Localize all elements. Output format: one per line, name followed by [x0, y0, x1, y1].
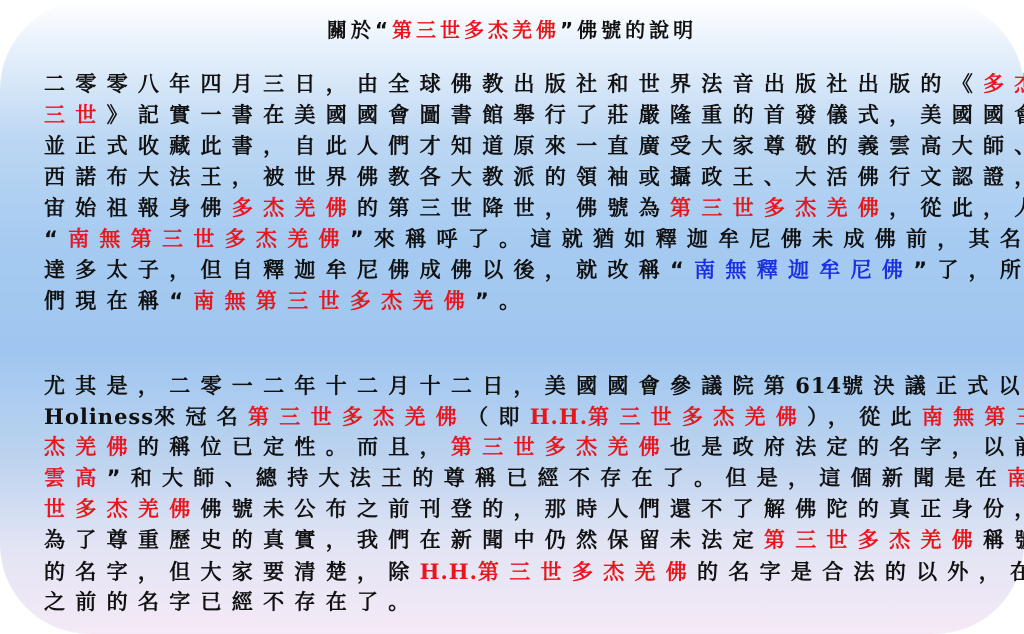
highlighted-name: 世多杰羌佛: [44, 497, 201, 521]
highlighted-name: 第三世多杰羌佛: [764, 528, 983, 552]
highlighted-name: H.H.: [420, 559, 478, 584]
text-segment: ”和大師、總持大法王的尊稱已經不存在了。但是，這個新聞是在: [107, 466, 1008, 490]
text-segment: 西諾布大法王，被世界佛教各大教派的領袖或攝政王、大活佛行文認證，就是宇: [44, 165, 1024, 189]
text-line: 世多杰羌佛佛號未公布之前刊登的，那時人們還不了解佛陀的真正身份，所以，: [44, 494, 984, 525]
text-segment: Holiness: [44, 404, 154, 429]
highlighted-name: 南無第三世多杰羌佛: [193, 289, 475, 313]
text-segment: 614: [795, 373, 842, 398]
highlighted-name: 三世: [44, 103, 107, 127]
text-segment: 號決議正式以: [842, 374, 1024, 398]
highlighted-name: 第三世多杰羌佛: [248, 405, 467, 429]
text-segment: 達多太子，但自釋迦牟尼佛成佛以後，就改稱“: [44, 258, 694, 282]
text-line: 二零零八年四月三日，由全球佛教出版社和世界法音出版社出版的《多杰羌佛第: [44, 69, 984, 100]
text-line: 的名字，但大家要清楚，除H.H.第三世多杰羌佛的名字是合法的以外，在未法定: [44, 556, 984, 587]
text-segment: 宙始祖報身佛: [44, 196, 232, 220]
text-segment: 之前的名字已經不存在了。: [44, 590, 420, 614]
highlighted-name: 雲高: [44, 466, 107, 490]
text-line: 為了尊重歷史的真實，我們在新聞中仍然保留未法定第三世多杰羌佛稱號前所用: [44, 525, 984, 556]
highlighted-name: 南無第三世多: [922, 405, 1024, 429]
text-line: 雲高”和大師、總持大法王的尊稱已經不存在了。但是，這個新聞是在南無第三: [44, 463, 984, 494]
title-suffix: ”佛號的說明: [560, 18, 697, 42]
title-highlight: 第三世多杰羌佛: [392, 18, 560, 42]
highlighted-name: H.H.: [530, 404, 588, 429]
text-line: 之前的名字已經不存在了。: [44, 587, 984, 618]
highlighted-name: 多杰羌佛: [232, 196, 357, 220]
highlighted-name: 第三世多杰羌佛: [588, 405, 807, 429]
text-line: 達多太子，但自釋迦牟尼佛成佛以後，就改稱“南無釋迦牟尼佛”了，所以，我: [44, 255, 984, 286]
text-segment: 》記實一書在美國國會圖書館舉行了莊嚴隆重的首發儀式，美國國會圖書館: [107, 103, 1024, 127]
text-segment: ”來稱呼了。這就猶如釋迦牟尼佛未成佛前，其名號為悉: [350, 227, 1024, 251]
text-line: 三世》記實一書在美國國會圖書館舉行了莊嚴隆重的首發儀式，美國國會圖書館: [44, 100, 984, 131]
text-segment: “: [44, 227, 68, 251]
highlighted-name: 南無第三: [1007, 466, 1024, 490]
highlighted-name: 第三世多杰羌佛: [451, 435, 670, 459]
text-segment: 稱號前所用: [983, 528, 1024, 552]
text-segment: 二零零八年四月三日，由全球佛教出版社和世界法音出版社出版的《: [44, 72, 983, 96]
highlighted-name: 第三世多杰羌佛: [478, 560, 697, 584]
text-line: “南無第三世多杰羌佛”來稱呼了。這就猶如釋迦牟尼佛未成佛前，其名號為悉: [44, 224, 984, 255]
text-line: 們現在稱“南無第三世多杰羌佛”。: [44, 286, 984, 317]
text-segment: ，從此，人們就以: [889, 196, 1024, 220]
paragraph-1: 二零零八年四月三日，由全球佛教出版社和世界法音出版社出版的《多杰羌佛第三世》記實…: [44, 69, 984, 317]
text-segment: 尤其是，二零一二年十二月十二日，美國國會參議院第: [44, 374, 795, 398]
text-line: 並正式收藏此書，自此人們才知道原來一直廣受大家尊敬的義雲高大師、仰諤益: [44, 131, 984, 162]
text-segment: 並正式收藏此書，自此人們才知道原來一直廣受大家尊敬的義雲高大師、仰諤益: [44, 134, 1024, 158]
highlighted-name-blue: 南無釋迦牟尼佛: [694, 258, 913, 282]
text-segment: ”。: [475, 289, 530, 313]
text-line: 宙始祖報身佛多杰羌佛的第三世降世，佛號為第三世多杰羌佛，從此，人們就以: [44, 193, 984, 224]
paragraph-2: 尤其是，二零一二年十二月十二日，美國國會參議院第614號決議正式以HisHoli…: [44, 370, 984, 618]
text-segment: 的名字是合法的以外，在未法定: [697, 560, 1024, 584]
text-line: Holiness來冠名第三世多杰羌佛（即H.H.第三世多杰羌佛），從此南無第三世…: [44, 401, 984, 432]
title-prefix: 關於“: [327, 18, 392, 42]
text-segment: ”了，所以，我: [913, 258, 1024, 282]
text-line: 西諾布大法王，被世界佛教各大教派的領袖或攝政王、大活佛行文認證，就是宇: [44, 162, 984, 193]
text-segment: 為了尊重歷史的真實，我們在新聞中仍然保留未法定: [44, 528, 764, 552]
document-panel: 關於“第三世多杰羌佛”佛號的說明 二零零八年四月三日，由全球佛教出版社和世界法音…: [0, 0, 1024, 634]
text-segment: 們現在稱“: [44, 289, 193, 313]
text-segment: 來冠名: [154, 405, 248, 429]
text-segment: （即: [467, 405, 530, 429]
text-segment: 也是政府法定的名字，以前的“: [670, 435, 1024, 459]
text-segment: 的名字，但大家要清楚，除: [44, 560, 420, 584]
text-segment: 的第三世降世，佛號為: [357, 196, 670, 220]
highlighted-name: 第三世多杰羌佛: [670, 196, 889, 220]
text-segment: 的稱位已定性。而且，: [138, 435, 451, 459]
highlighted-name: 多杰羌佛第: [983, 72, 1024, 96]
highlighted-name: 南無第三世多杰羌佛: [68, 227, 350, 251]
text-segment: ），從此: [807, 405, 922, 429]
text-line: 尤其是，二零一二年十二月十二日，美國國會參議院第614號決議正式以His: [44, 370, 984, 401]
text-line: 杰羌佛的稱位已定性。而且，第三世多杰羌佛也是政府法定的名字，以前的“義: [44, 432, 984, 463]
text-segment: 佛號未公布之前刊登的，那時人們還不了解佛陀的真正身份，所以，: [201, 497, 1024, 521]
highlighted-name: 杰羌佛: [44, 435, 138, 459]
page-title: 關於“第三世多杰羌佛”佛號的說明: [0, 14, 1024, 43]
